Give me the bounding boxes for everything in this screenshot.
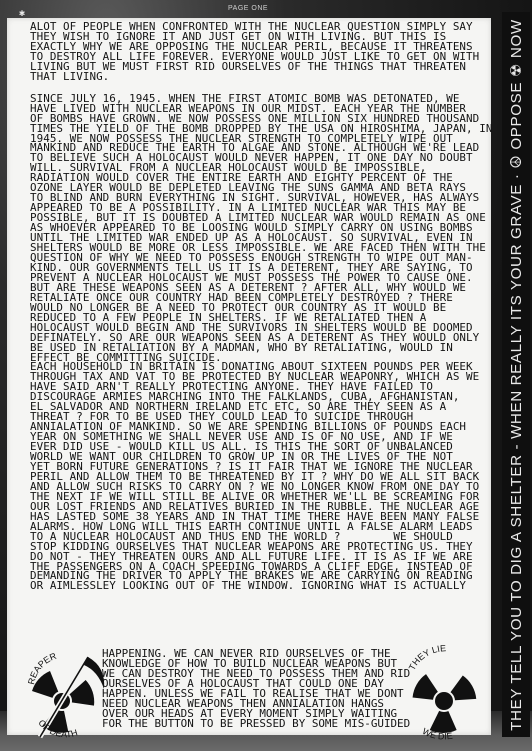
text-line: OR AIMLESSLEY LOOKING OUT OF THE WINDOW.… — [30, 581, 482, 591]
vertical-slogan-strip: THEY TELL YOU TO DIG A SHELTER - WHEN RE… — [502, 12, 530, 737]
vertical-slogan: THEY TELL YOU TO DIG A SHELTER - WHEN RE… — [507, 19, 525, 731]
radiation-scythe-icon: REAPER OF DEATH — [20, 645, 110, 745]
reaper-of-death-emblem: REAPER OF DEATH — [20, 645, 110, 745]
text-line: FOR THE BUTTON TO BE PRESSED BY SOME MIS… — [102, 719, 410, 729]
radiation-icon: THEY LIE WE DIE — [398, 645, 488, 745]
svg-text:THEY LIE: THEY LIE — [407, 645, 447, 672]
page-header-label: PAGE ONE — [228, 5, 268, 12]
paragraph-intro: ALOT OF PEOPLE WHEN CONFRONTED WITH THE … — [30, 22, 482, 82]
main-text: ALOT OF PEOPLE WHEN CONFRONTED WITH THE … — [30, 22, 482, 591]
they-lie-we-die-emblem: THEY LIE WE DIE — [398, 645, 488, 745]
text-line: THAT LIVING. — [30, 72, 482, 82]
paragraph-body: SINCE JULY 16, 1945. WHEN THE FIRST ATOM… — [30, 94, 482, 592]
paragraph-closing: HAPPENING. WE CAN NEVER RID OURSELVES OF… — [102, 649, 410, 729]
